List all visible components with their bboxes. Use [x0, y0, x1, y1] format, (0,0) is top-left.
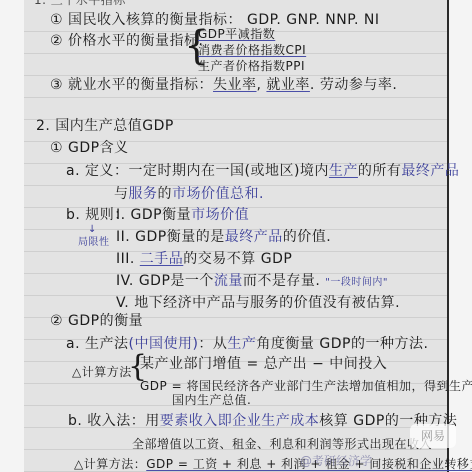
item2-value-1: GDP平减指数: [198, 26, 275, 42]
production-method-line: a. 生产法(中国使用)：从生产角度衡量 GDP的一种方法.: [66, 336, 428, 352]
definition-text-c: 与: [114, 186, 129, 202]
production-method-label: a. 生产法: [66, 336, 128, 352]
definition-line-1: a. 定义：一定时期内在一国(或地区)境内生产的所有最终产品: [66, 163, 459, 179]
production-text-a: ：从: [198, 336, 227, 352]
rule-4: IV. GDP是一个流量而不是存量. "一段时间内": [116, 273, 388, 291]
definition-production: 生产: [329, 163, 358, 179]
definition-market-value: 市场价值总和.: [172, 186, 264, 202]
definition-line-2: 与服务的市场价值总和.: [114, 186, 264, 202]
watermark-footer: @考研经济学: [300, 452, 372, 469]
production-text-b: 生产: [227, 336, 256, 352]
rule-number: III.: [116, 251, 135, 267]
rule-number: II.: [116, 229, 130, 245]
rule-note: "一段时间内": [325, 277, 388, 288]
rule-highlight: 最终产品: [225, 229, 283, 245]
rule-text-end: 而不是存量.: [243, 273, 320, 289]
income-method-line: b. 收入法：用要素收入即企业生产成本核算 GDP的一种方法: [68, 413, 457, 429]
rule-text: GDP是一个: [139, 273, 214, 289]
page-edge: [447, 0, 449, 472]
production-text-c: 角度衡量 GDP的一种方法.: [256, 336, 428, 352]
income-text-b: 要素收入即企业生产成本: [160, 413, 320, 429]
item3-value-1: 失业率: [213, 77, 257, 93]
rule-text: 地下经济中产品与服务的价值没有被估算.: [134, 295, 400, 311]
definition-text: 一定时期内在一国(或地区)境内: [128, 163, 328, 179]
item3-value-2: 就业率: [266, 77, 310, 93]
calc-line-3: 国内生产总值.: [172, 392, 251, 408]
rule-text-end: 的交易不算 GDP: [183, 251, 292, 267]
definition-final-products: 最终产品: [401, 163, 459, 179]
item2-value-3: 生产者价格指数PPI: [198, 58, 305, 74]
watermark-badge: 网易: [410, 424, 456, 448]
rule-2: II. GDP衡量的是最终产品的价值.: [116, 229, 331, 245]
gdp-measure-heading: ② GDP的衡量: [50, 313, 143, 329]
rule-5: V. 地下经济中产品与服务的价值没有被估算.: [116, 295, 400, 311]
calc2-line: △计算方法：GDP = 工资 + 利息 + 利润 + 租金 + 间接税和企业转移…: [74, 456, 472, 472]
income-line-2: 全部增值以工资、租金、利息和利润等形式出现在收入: [132, 436, 432, 452]
definition-label: a. 定义：: [66, 163, 128, 179]
item3-value-3: . 劳动参与率.: [310, 77, 397, 93]
income-text-a: 用: [145, 413, 160, 429]
calc2-label: △计算方法：: [74, 457, 146, 471]
section1-heading-cut: 1. 三个水平指标: [34, 0, 126, 8]
item2-label: ② 价格水平的衡量指标.: [50, 33, 203, 49]
definition-text-d: 的: [158, 186, 173, 202]
rule-1: I. GDP衡量市场价值: [116, 207, 249, 223]
item3-line: ③ 就业水平的衡量指标：失业率, 就业率. 劳动参与率.: [50, 77, 397, 93]
rule-highlight: 市场价值: [191, 207, 249, 223]
definition-services: 服务: [129, 186, 158, 202]
calc-method-label: △计算方法: [72, 364, 132, 380]
item2-value-2: 消费者价格指数CPI: [198, 42, 306, 58]
rule-highlight: 流量: [214, 273, 243, 289]
limitation-note: 局限性: [78, 235, 110, 251]
item3-label: ③ 就业水平的衡量指标：: [50, 77, 213, 93]
rule-text-end: 的价值.: [283, 229, 331, 245]
rule-number: V.: [116, 295, 129, 311]
income-method-label: b. 收入法：: [68, 413, 145, 429]
calc-line-1: 某产业部门增值 = 总产出 − 中间投入: [140, 356, 387, 372]
rule-3: III. 二手品的交易不算 GDP: [116, 251, 292, 267]
section2-heading: 2. 国内生产总值GDP: [36, 118, 174, 134]
rule-number: I.: [116, 207, 126, 223]
definition-text-b: 的所有: [358, 163, 402, 179]
rule-text: GDP衡量的是: [135, 229, 225, 245]
rule-text: GDP衡量: [131, 207, 192, 223]
rule-number: IV.: [116, 273, 134, 289]
rule-highlight: 二手品: [140, 251, 184, 267]
gdp-meaning-heading: ① GDP含义: [50, 140, 129, 156]
